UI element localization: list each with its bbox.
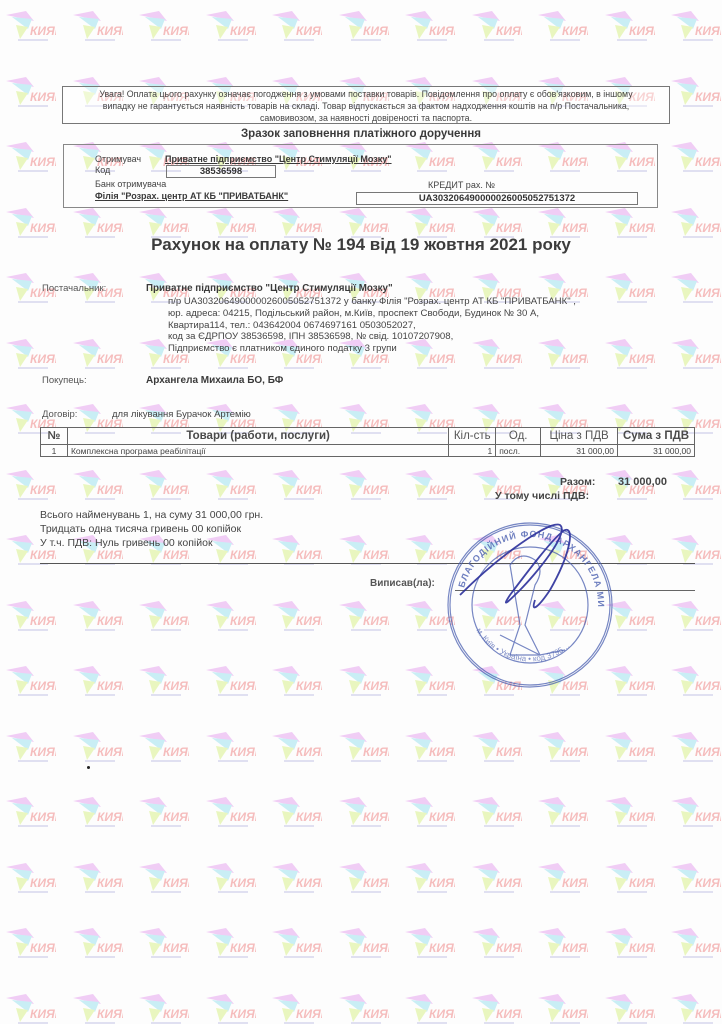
watermark-logo: КИЯН	[71, 990, 123, 1024]
watermark-logo: КИЯН	[4, 73, 56, 113]
watermark-logo: КИЯН	[204, 7, 256, 47]
watermark-logo: КИЯН	[470, 793, 522, 833]
watermark-logo: КИЯН	[270, 990, 322, 1024]
svg-text:КИЯН: КИЯН	[363, 745, 389, 759]
svg-text:КИЯН: КИЯН	[429, 1007, 455, 1021]
watermark-logo: КИЯН	[403, 924, 455, 964]
svg-text:КИЯН: КИЯН	[429, 221, 455, 235]
svg-text:КИЯН: КИЯН	[629, 941, 655, 955]
svg-text:КИЯН: КИЯН	[695, 221, 721, 235]
svg-text:КИЯН: КИЯН	[695, 810, 721, 824]
svg-text:КИЯН: КИЯН	[163, 483, 189, 497]
svg-text:КИЯН: КИЯН	[363, 810, 389, 824]
row-qty: 1	[449, 445, 496, 457]
watermark-logo: КИЯН	[4, 335, 56, 375]
watermark-logo: КИЯН	[470, 924, 522, 964]
watermark-logo: КИЯН	[337, 7, 389, 47]
svg-text:КИЯН: КИЯН	[97, 1007, 123, 1021]
svg-text:КИЯН: КИЯН	[296, 876, 322, 890]
supplier-label: Постачальник:	[42, 283, 106, 294]
svg-text:КИЯН: КИЯН	[296, 24, 322, 38]
svg-text:КИЯН: КИЯН	[363, 876, 389, 890]
svg-text:КИЯН: КИЯН	[496, 876, 522, 890]
official-stamp: БЛАГОДІЙНИЙ ФОНД АРХАНГЕЛА МИХАЇЛА м. Ки…	[440, 515, 620, 695]
svg-text:КИЯН: КИЯН	[363, 679, 389, 693]
svg-text:КИЯН: КИЯН	[97, 221, 123, 235]
watermark-logo: КИЯН	[4, 597, 56, 637]
notice-line: самовивозом, за наявності довіреності та…	[63, 112, 669, 124]
watermark-logo: КИЯН	[536, 793, 588, 833]
watermark-logo: КИЯН	[204, 924, 256, 964]
watermark-logo: КИЯН	[204, 990, 256, 1024]
watermark-logo: КИЯН	[71, 466, 123, 506]
watermark-logo: КИЯН	[137, 662, 189, 702]
svg-text:КИЯН: КИЯН	[363, 1007, 389, 1021]
svg-text:КИЯН: КИЯН	[629, 745, 655, 759]
svg-text:КИЯН: КИЯН	[695, 286, 721, 300]
svg-text:КИЯН: КИЯН	[30, 483, 56, 497]
watermark-logo: КИЯН	[337, 990, 389, 1024]
svg-text:КИЯН: КИЯН	[562, 1007, 588, 1021]
bank-name: Філія "Розрах. центр АТ КБ "ПРИВАТБАНК"	[95, 191, 288, 201]
svg-text:КИЯН: КИЯН	[629, 614, 655, 628]
payment-sample-title: Зразок заповнення платіжного доручення	[0, 128, 722, 140]
code-label: Код	[95, 165, 110, 175]
watermark-logo: КИЯН	[403, 728, 455, 768]
col-quantity: Кіл-сть	[449, 428, 496, 445]
invoice-title: Рахунок на оплату № 194 від 19 жовтня 20…	[0, 235, 722, 255]
col-goods: Товари (работи, послуги)	[67, 428, 448, 445]
watermark-logo: КИЯН	[4, 662, 56, 702]
watermark-logo: КИЯН	[270, 859, 322, 899]
contract-label: Договір:	[42, 409, 77, 420]
svg-text:КИЯН: КИЯН	[30, 1007, 56, 1021]
watermark-logo: КИЯН	[603, 990, 655, 1024]
svg-text:КИЯН: КИЯН	[230, 614, 256, 628]
supplier-name: Приватне підприємство "Центр Стимуляції …	[146, 283, 393, 294]
svg-text:БЛАГОДІЙНИЙ ФОНД АРХАНГЕЛА МИХ: БЛАГОДІЙНИЙ ФОНД АРХАНГЕЛА МИХАЇЛА	[440, 515, 606, 608]
payment-notice: Увага! Оплата цього рахунку означає пого…	[62, 86, 670, 124]
svg-text:КИЯН: КИЯН	[429, 810, 455, 824]
watermark-logo: КИЯН	[470, 7, 522, 47]
watermark-logo: КИЯН	[669, 662, 721, 702]
svg-text:КИЯН: КИЯН	[629, 352, 655, 366]
iban-value: UA303206490000026005052751372	[356, 192, 638, 205]
svg-text:КИЯН: КИЯН	[230, 941, 256, 955]
watermark-logo: КИЯН	[71, 924, 123, 964]
watermark-logo: КИЯН	[403, 793, 455, 833]
vat-label: У тому числі ПДВ:	[495, 490, 589, 502]
watermark-logo: КИЯН	[204, 859, 256, 899]
watermark-logo: КИЯН	[669, 728, 721, 768]
svg-text:КИЯН: КИЯН	[30, 155, 56, 169]
watermark-logo: КИЯН	[71, 335, 123, 375]
svg-text:КИЯН: КИЯН	[163, 810, 189, 824]
watermark-logo: КИЯН	[669, 990, 721, 1024]
svg-text:КИЯН: КИЯН	[97, 548, 123, 562]
summary-amount-words: Тридцать одна тисяча гривень 00 копійок	[40, 522, 263, 536]
svg-text:КИЯН: КИЯН	[695, 90, 721, 104]
watermark-logo: КИЯН	[270, 793, 322, 833]
svg-text:КИЯН: КИЯН	[629, 24, 655, 38]
svg-text:КИЯН: КИЯН	[163, 221, 189, 235]
svg-text:КИЯН: КИЯН	[363, 221, 389, 235]
svg-text:КИЯН: КИЯН	[562, 876, 588, 890]
watermark-logo: КИЯН	[403, 466, 455, 506]
watermark-logo: КИЯН	[603, 859, 655, 899]
watermark-logo: КИЯН	[204, 793, 256, 833]
svg-text:КИЯН: КИЯН	[163, 24, 189, 38]
watermark-logo: КИЯН	[669, 73, 721, 113]
svg-text:КИЯН: КИЯН	[562, 745, 588, 759]
svg-text:КИЯН: КИЯН	[496, 221, 522, 235]
watermark-logo: КИЯН	[4, 7, 56, 47]
svg-text:КИЯН: КИЯН	[296, 810, 322, 824]
svg-text:КИЯН: КИЯН	[230, 810, 256, 824]
svg-text:КИЯН: КИЯН	[230, 1007, 256, 1021]
watermark-logo: КИЯН	[603, 924, 655, 964]
row-number: 1	[41, 445, 68, 457]
code-value: 38536598	[166, 165, 276, 178]
svg-text:КИЯН: КИЯН	[695, 352, 721, 366]
notice-line: випадку не гарантується наявність товарі…	[63, 100, 669, 112]
watermark-logo: КИЯН	[137, 924, 189, 964]
watermark-logo: КИЯН	[337, 924, 389, 964]
watermark-logo: КИЯН	[669, 138, 721, 178]
watermark-logo: КИЯН	[270, 597, 322, 637]
watermark-logo: КИЯН	[270, 662, 322, 702]
svg-text:КИЯН: КИЯН	[97, 352, 123, 366]
svg-text:КИЯН: КИЯН	[30, 876, 56, 890]
watermark-logo: КИЯН	[603, 793, 655, 833]
watermark-logo: КИЯН	[470, 728, 522, 768]
svg-text:КИЯН: КИЯН	[695, 417, 721, 431]
watermark-logo: КИЯН	[536, 859, 588, 899]
recipient-name: Приватне підприємство "Центр Стимуляції …	[165, 154, 392, 164]
svg-text:КИЯН: КИЯН	[30, 745, 56, 759]
watermark-logo: КИЯН	[137, 466, 189, 506]
watermark-logo: КИЯН	[536, 7, 588, 47]
watermark-logo: КИЯН	[669, 531, 721, 571]
watermark-logo: КИЯН	[137, 728, 189, 768]
watermark-logo: КИЯН	[4, 466, 56, 506]
buyer-label: Покупець:	[42, 375, 87, 386]
watermark-logo: КИЯН	[270, 924, 322, 964]
watermark-logo: КИЯН	[669, 793, 721, 833]
svg-text:КИЯН: КИЯН	[230, 745, 256, 759]
watermark-logo: КИЯН	[270, 466, 322, 506]
supplier-codes: код за ЄДРПОУ 38536598, ІПН 38536598, № …	[168, 331, 576, 343]
watermark-logo: КИЯН	[204, 597, 256, 637]
watermark-logo: КИЯН	[669, 7, 721, 47]
buyer-name: Архангела Михаила БО, БФ	[146, 375, 283, 386]
watermark-logo: КИЯН	[270, 531, 322, 571]
watermark-logo: КИЯН	[403, 7, 455, 47]
watermark-logo: КИЯН	[603, 728, 655, 768]
watermark-logo: КИЯН	[270, 7, 322, 47]
svg-text:КИЯН: КИЯН	[97, 745, 123, 759]
watermark-logo: КИЯН	[204, 728, 256, 768]
svg-text:КИЯН: КИЯН	[429, 24, 455, 38]
watermark-logo: КИЯН	[137, 990, 189, 1024]
watermark-logo: КИЯН	[71, 793, 123, 833]
svg-text:КИЯН: КИЯН	[629, 286, 655, 300]
col-sum: Сума з ПДВ	[618, 428, 695, 445]
stamp-icon: БЛАГОДІЙНИЙ ФОНД АРХАНГЕЛА МИХАЇЛА м. Ки…	[440, 515, 620, 695]
supplier-address: юр. адреса: 04215, Подільський район, м.…	[168, 308, 576, 320]
contract-value: для лікування Бурачок Артемію	[112, 409, 251, 420]
svg-text:КИЯН: КИЯН	[230, 483, 256, 497]
svg-text:КИЯН: КИЯН	[562, 221, 588, 235]
watermark-logo: КИЯН	[603, 335, 655, 375]
svg-text:КИЯН: КИЯН	[97, 876, 123, 890]
svg-text:КИЯН: КИЯН	[363, 614, 389, 628]
svg-text:КИЯН: КИЯН	[230, 876, 256, 890]
watermark-logo: КИЯН	[337, 793, 389, 833]
svg-text:КИЯН: КИЯН	[230, 679, 256, 693]
watermark-logo: КИЯН	[137, 597, 189, 637]
svg-text:КИЯН: КИЯН	[163, 548, 189, 562]
svg-text:КИЯН: КИЯН	[163, 614, 189, 628]
svg-text:КИЯН: КИЯН	[496, 941, 522, 955]
watermark-logo: КИЯН	[4, 990, 56, 1024]
supplier-account: п/р UA303206490000026005052751372 у банк…	[168, 296, 576, 308]
watermark-logo: КИЯН	[470, 990, 522, 1024]
col-number: №	[41, 428, 68, 445]
svg-text:КИЯН: КИЯН	[429, 941, 455, 955]
summary-vat-words: У т.ч. ПДВ: Нуль гривень 00 копійок	[40, 536, 263, 550]
watermark-logo: КИЯН	[669, 924, 721, 964]
svg-text:КИЯН: КИЯН	[296, 483, 322, 497]
watermark-logo: КИЯН	[4, 859, 56, 899]
svg-text:КИЯН: КИЯН	[496, 745, 522, 759]
svg-text:КИЯН: КИЯН	[363, 24, 389, 38]
svg-text:КИЯН: КИЯН	[163, 745, 189, 759]
recipient-label: Отримувач	[95, 154, 141, 164]
total-label: Разом:	[560, 476, 595, 488]
svg-text:КИЯН: КИЯН	[296, 745, 322, 759]
scan-speck	[87, 766, 90, 769]
issued-by-label: Виписав(ла):	[370, 578, 435, 589]
svg-text:КИЯН: КИЯН	[695, 876, 721, 890]
svg-text:КИЯН: КИЯН	[496, 24, 522, 38]
svg-text:КИЯН: КИЯН	[695, 941, 721, 955]
svg-text:КИЯН: КИЯН	[629, 876, 655, 890]
svg-text:КИЯН: КИЯН	[695, 24, 721, 38]
watermark-logo: КИЯН	[536, 728, 588, 768]
svg-text:КИЯН: КИЯН	[629, 810, 655, 824]
supplier-phone: Квартира114, тел.: 043642004 0674697161 …	[168, 320, 576, 332]
svg-text:КИЯН: КИЯН	[429, 876, 455, 890]
svg-text:КИЯН: КИЯН	[97, 483, 123, 497]
svg-text:КИЯН: КИЯН	[30, 352, 56, 366]
svg-text:КИЯН: КИЯН	[296, 221, 322, 235]
svg-text:КИЯН: КИЯН	[562, 941, 588, 955]
svg-text:КИЯН: КИЯН	[695, 155, 721, 169]
svg-text:КИЯН: КИЯН	[163, 679, 189, 693]
watermark-logo: КИЯН	[536, 990, 588, 1024]
table-header-row: № Товари (работи, послуги) Кіл-сть Од. Ц…	[41, 428, 695, 445]
row-unit: посл.	[496, 445, 541, 457]
svg-text:КИЯН: КИЯН	[363, 483, 389, 497]
svg-text:КИЯН: КИЯН	[30, 24, 56, 38]
total-value: 31 000,00	[618, 476, 667, 488]
watermark-logo: КИЯН	[337, 597, 389, 637]
svg-text:КИЯН: КИЯН	[629, 679, 655, 693]
watermark-logo: КИЯН	[337, 662, 389, 702]
svg-text:КИЯН: КИЯН	[629, 548, 655, 562]
svg-text:КИЯН: КИЯН	[230, 548, 256, 562]
watermark-logo: КИЯН	[669, 597, 721, 637]
table-row: 1 Комплексна програма реабілітації 1 пос…	[41, 445, 695, 457]
svg-text:КИЯН: КИЯН	[695, 679, 721, 693]
svg-text:КИЯН: КИЯН	[30, 810, 56, 824]
svg-text:КИЯН: КИЯН	[30, 221, 56, 235]
watermark-logo: КИЯН	[603, 7, 655, 47]
watermark-logo: КИЯН	[669, 466, 721, 506]
watermark-logo: КИЯН	[71, 859, 123, 899]
svg-text:КИЯН: КИЯН	[562, 24, 588, 38]
watermark-logo: КИЯН	[204, 662, 256, 702]
watermark-logo: КИЯН	[403, 859, 455, 899]
watermark-logo: КИЯН	[4, 793, 56, 833]
watermark-logo: КИЯН	[71, 597, 123, 637]
svg-text:КИЯН: КИЯН	[496, 1007, 522, 1021]
svg-text:КИЯН: КИЯН	[363, 941, 389, 955]
svg-text:КИЯН: КИЯН	[30, 614, 56, 628]
row-name: Комплексна програма реабілітації	[67, 445, 448, 457]
col-unit: Од.	[496, 428, 541, 445]
svg-text:КИЯН: КИЯН	[695, 483, 721, 497]
watermark-logo: КИЯН	[536, 924, 588, 964]
svg-text:КИЯН: КИЯН	[30, 941, 56, 955]
notice-line: Увага! Оплата цього рахунку означає пого…	[63, 88, 669, 100]
summary-count-total: Всього найменувань 1, на суму 31 000,00 …	[40, 508, 263, 522]
watermark-logo: КИЯН	[669, 859, 721, 899]
watermark-logo: КИЯН	[137, 7, 189, 47]
watermark-logo: КИЯН	[4, 728, 56, 768]
svg-text:КИЯН: КИЯН	[296, 941, 322, 955]
svg-text:КИЯН: КИЯН	[296, 548, 322, 562]
svg-text:КИЯН: КИЯН	[230, 24, 256, 38]
watermark-logo: КИЯН	[4, 924, 56, 964]
svg-text:КИЯН: КИЯН	[695, 548, 721, 562]
svg-text:КИЯН: КИЯН	[429, 745, 455, 759]
svg-text:КИЯН: КИЯН	[296, 679, 322, 693]
svg-text:КИЯН: КИЯН	[695, 745, 721, 759]
watermark-logo: КИЯН	[337, 728, 389, 768]
svg-text:КИЯН: КИЯН	[629, 221, 655, 235]
svg-text:КИЯН: КИЯН	[562, 810, 588, 824]
credit-label: КРЕДИТ рах. №	[428, 180, 495, 190]
svg-text:КИЯН: КИЯН	[30, 679, 56, 693]
items-table: № Товари (работи, послуги) Кіл-сть Од. Ц…	[40, 427, 695, 457]
svg-text:КИЯН: КИЯН	[30, 548, 56, 562]
watermark-logo: КИЯН	[4, 138, 56, 178]
svg-text:КИЯН: КИЯН	[97, 941, 123, 955]
watermark-logo: КИЯН	[603, 269, 655, 309]
watermark-logo: КИЯН	[137, 859, 189, 899]
svg-text:м. Київ • Україна • код 3795…: м. Київ • Україна • код 3795…	[474, 626, 571, 663]
watermark-logo: КИЯН	[669, 269, 721, 309]
svg-text:КИЯН: КИЯН	[97, 679, 123, 693]
watermark-logo: КИЯН	[403, 990, 455, 1024]
svg-text:КИЯН: КИЯН	[363, 548, 389, 562]
svg-text:КИЯН: КИЯН	[30, 90, 56, 104]
watermark-logo: КИЯН	[337, 531, 389, 571]
watermark-logo: КИЯН	[204, 466, 256, 506]
watermark-logo: КИЯН	[337, 859, 389, 899]
amount-summary: Всього найменувань 1, на суму 31 000,00 …	[40, 508, 263, 550]
svg-text:КИЯН: КИЯН	[163, 1007, 189, 1021]
watermark-logo: КИЯН	[337, 466, 389, 506]
svg-text:КИЯН: КИЯН	[695, 1007, 721, 1021]
svg-text:КИЯН: КИЯН	[163, 941, 189, 955]
svg-text:КИЯН: КИЯН	[629, 1007, 655, 1021]
supplier-tax-status: Підприємство є платником єдиного податку…	[168, 343, 576, 355]
svg-text:КИЯН: КИЯН	[496, 810, 522, 824]
svg-text:КИЯН: КИЯН	[429, 483, 455, 497]
svg-text:КИЯН: КИЯН	[163, 876, 189, 890]
watermark-logo: КИЯН	[71, 728, 123, 768]
supplier-details: п/р UA303206490000026005052751372 у банк…	[168, 296, 576, 355]
svg-text:КИЯН: КИЯН	[97, 614, 123, 628]
col-price: Ціна з ПДВ	[541, 428, 618, 445]
watermark-logo: КИЯН	[669, 335, 721, 375]
svg-text:КИЯН: КИЯН	[230, 221, 256, 235]
row-sum: 31 000,00	[618, 445, 695, 457]
svg-text:КИЯН: КИЯН	[296, 614, 322, 628]
watermark-logo: КИЯН	[71, 7, 123, 47]
watermark-logo: КИЯН	[470, 859, 522, 899]
svg-text:КИЯН: КИЯН	[97, 810, 123, 824]
svg-text:КИЯН: КИЯН	[695, 614, 721, 628]
watermark-logo: КИЯН	[270, 728, 322, 768]
svg-text:КИЯН: КИЯН	[296, 1007, 322, 1021]
row-price: 31 000,00	[541, 445, 618, 457]
watermark-logo: КИЯН	[137, 793, 189, 833]
watermark-logo: КИЯН	[71, 662, 123, 702]
svg-text:КИЯН: КИЯН	[97, 24, 123, 38]
bank-label: Банк отримувача	[95, 179, 166, 189]
